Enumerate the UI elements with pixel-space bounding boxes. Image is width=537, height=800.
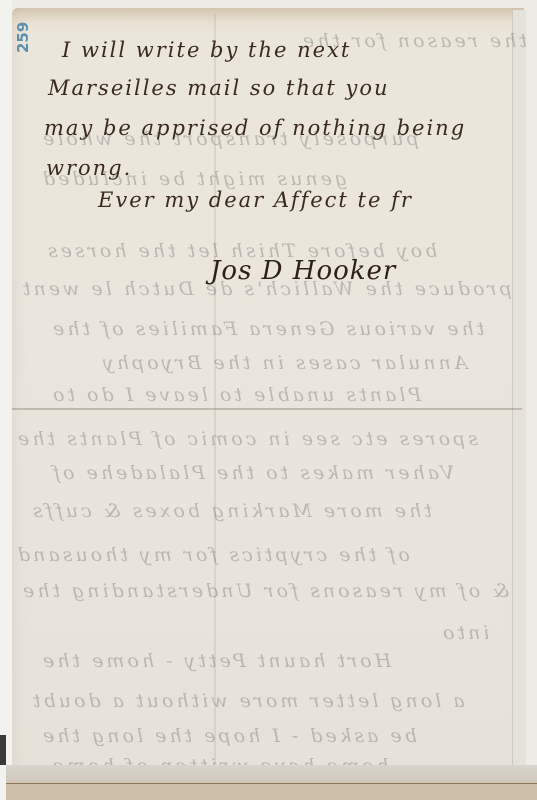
bleed-line: into [440,622,489,644]
bleed-line: be asked - I hope the long the [40,725,417,747]
letter-line-1: I will write by the next [62,38,351,62]
bottom-fold-shadow [6,765,537,783]
bleed-line: of the cryptics for my thousand [15,544,410,566]
underlying-page-edge [6,783,537,800]
bleed-line: spores etc see in comic of Plants the [15,428,478,450]
scanner-margin [0,0,12,800]
bleed-line: Vaher makes to the Plaladehe of [50,462,454,484]
signature: Jos D Hooker [210,256,396,286]
bleed-line: Plants unable to leave I do to [50,384,421,406]
letter-line-2: Marseilles mail so that you [48,76,390,100]
horizontal-fold-line [12,408,522,410]
folio-number-stamp: 259 [14,14,36,60]
bleed-line: & of my reasons for Understanding the [20,580,509,602]
bleed-line: the various Genera Families of the [50,318,484,340]
closing-line: Ever my dear Affect te fr [98,188,413,212]
bleed-line: Annular cases in the Bryophy [100,352,468,374]
letter-line-3: may be apprised of nothing being [44,116,466,140]
scanner-shadow [0,735,6,765]
letter-line-4: wrong. [46,156,132,180]
bleed-line: Hort haunt Petty - home the [40,650,391,672]
bleed-line: a long letter more without a doubt [30,690,465,712]
bleed-line: the more Marking boxes & cuffs [30,500,432,522]
page-right-edge [512,10,526,770]
